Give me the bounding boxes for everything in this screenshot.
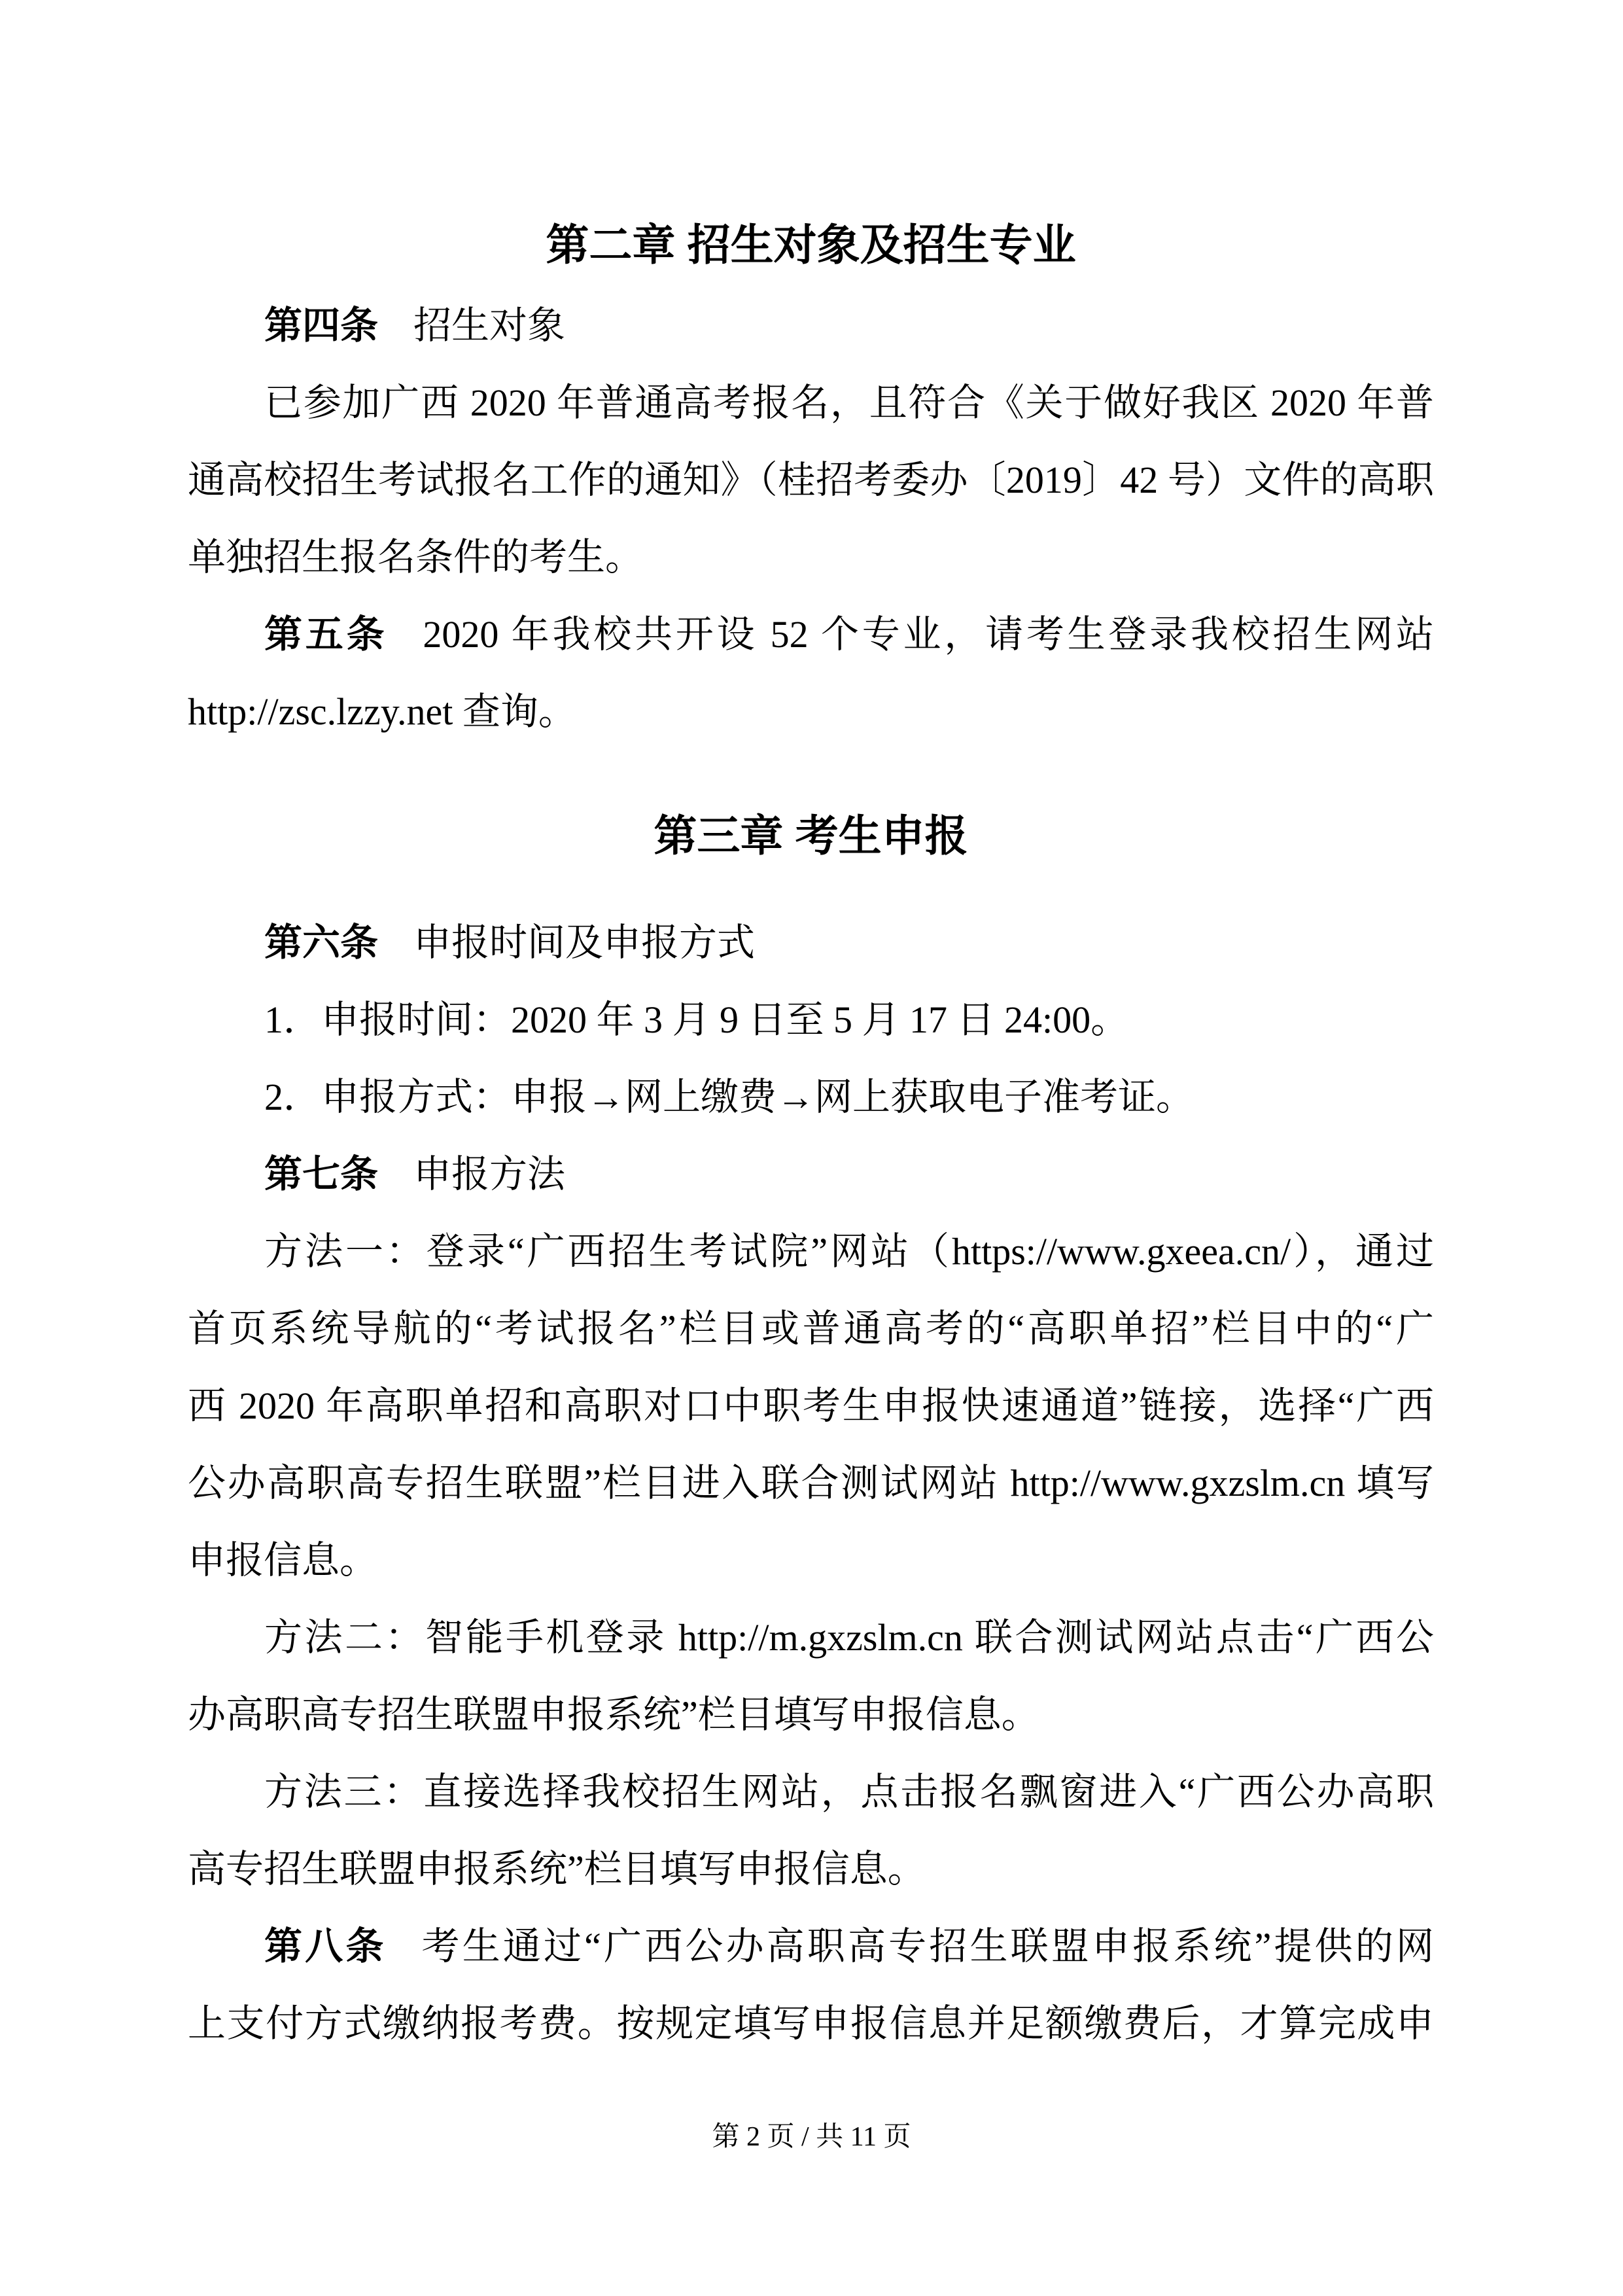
article-5-label: 第五条 bbox=[264, 613, 387, 656]
paragraph-line: 方法二：智能手机登录 http://m.gxzslm.cn 联合测试网站点击“广… bbox=[188, 1599, 1434, 1676]
article-4-label: 第四条 bbox=[264, 304, 378, 347]
article-7-heading-line: 第七条申报方法 bbox=[188, 1136, 1434, 1213]
article-7-label: 第七条 bbox=[264, 1153, 378, 1195]
page-content: 第二章 招生对象及招生专业 第四条招生对象 已参加广西 2020 年普通高考报名… bbox=[0, 0, 1623, 2062]
article-6-heading-line: 第六条申报时间及申报方式 bbox=[188, 904, 1434, 981]
paragraph-line: 申报信息。 bbox=[188, 1522, 1434, 1599]
paragraph-line: 单独招生报名条件的考生。 bbox=[188, 519, 1434, 596]
paragraph-line: 高专招生联盟申报系统”栏目填写申报信息。 bbox=[188, 1831, 1434, 1908]
article-8-text: 考生通过“广西公办高职高专招生联盟申报系统”提供的网 bbox=[421, 1925, 1434, 1968]
chapter-3-title: 第三章 考生申报 bbox=[188, 793, 1434, 878]
article-6-heading: 申报时间及申报方式 bbox=[413, 921, 755, 964]
paragraph-line: 办高职高专招生联盟申报系统”栏目填写申报信息。 bbox=[188, 1676, 1434, 1754]
paragraph-line: 公办高职高专招生联盟”栏目进入联合测试网站 http://www.gxzslm.… bbox=[188, 1445, 1434, 1522]
article-6-label: 第六条 bbox=[264, 921, 378, 964]
article-5-line: 第五条2020 年我校共开设 52 个专业，请考生登录我校招生网站 bbox=[188, 596, 1434, 673]
paragraph-line: 通高校招生考试报名工作的通知》（桂招考委办〔2019〕42 号）文件的高职 bbox=[188, 442, 1434, 519]
paragraph-line: 首页系统导航的“考试报名”栏目或普通高考的“高职单招”栏目中的“广 bbox=[188, 1290, 1434, 1368]
paragraph-line: 已参加广西 2020 年普通高考报名，且符合《关于做好我区 2020 年普 bbox=[188, 364, 1434, 442]
document-page: 第二章 招生对象及招生专业 第四条招生对象 已参加广西 2020 年普通高考报名… bbox=[0, 0, 1623, 2296]
chapter-2-title: 第二章 招生对象及招生专业 bbox=[188, 202, 1434, 287]
article-4-heading: 招生对象 bbox=[413, 304, 565, 347]
paragraph-line: 上支付方式缴纳报考费。按规定填写申报信息并足额缴费后，才算完成申 bbox=[188, 1985, 1434, 2062]
paragraph-line: 西 2020 年高职单招和高职对口中职考生申报快速通道”链接，选择“广西 bbox=[188, 1368, 1434, 1445]
list-item: 1．申报时间：2020 年 3 月 9 日至 5 月 17 日 24:00。 bbox=[188, 981, 1434, 1059]
paragraph-line: 方法一：登录“广西招生考试院”网站（https://www.gxeea.cn/）… bbox=[188, 1213, 1434, 1290]
article-7-heading: 申报方法 bbox=[413, 1153, 565, 1195]
paragraph-line: 方法三：直接选择我校招生网站，点击报名飘窗进入“广西公办高职 bbox=[188, 1754, 1434, 1831]
paragraph-line: http://zsc.lzzy.net 查询。 bbox=[188, 673, 1434, 751]
article-4-heading-line: 第四条招生对象 bbox=[188, 287, 1434, 364]
page-number-footer: 第 2 页 / 共 11 页 bbox=[0, 2119, 1623, 2155]
list-item: 2．申报方式：申报→网上缴费→网上获取电子准考证。 bbox=[188, 1059, 1434, 1136]
article-8-label: 第八条 bbox=[264, 1925, 386, 1968]
article-5-text: 2020 年我校共开设 52 个专业，请考生登录我校招生网站 bbox=[423, 613, 1434, 656]
article-8-line: 第八条考生通过“广西公办高职高专招生联盟申报系统”提供的网 bbox=[188, 1908, 1434, 1985]
